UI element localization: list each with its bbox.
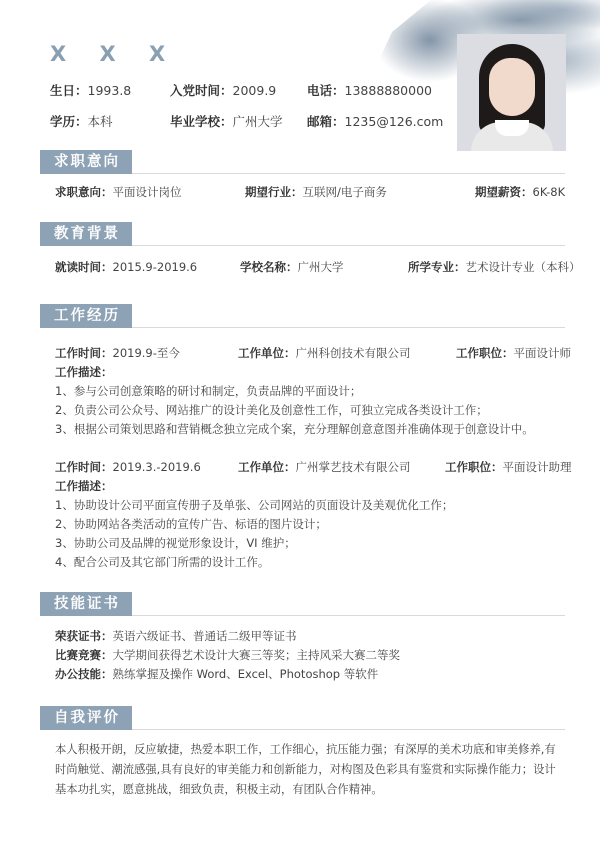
profile-photo: [457, 34, 566, 151]
skill-office: 办公技能：熟练掌握及操作 Word、Excel、Photoshop 等软件: [55, 666, 378, 682]
job2-desc-label: 工作描述：: [55, 478, 113, 494]
education-level-field: 学历：本科: [50, 112, 113, 130]
birthday-field: 生日：1993.8: [50, 81, 131, 99]
section-title: 自我评价: [40, 706, 132, 730]
job1-position: 工作职位：平面设计师: [456, 345, 571, 361]
party-join-field: 入党时间：2009.9: [170, 81, 276, 99]
section-title: 求职意向: [40, 150, 132, 174]
section-header-education: 教育背景: [40, 222, 565, 246]
intent-salary: 期望薪资：6K-8K: [475, 184, 565, 200]
email-field: 邮箱：1235@126.com: [307, 112, 443, 130]
skill-certificates: 荣获证书：英语六级证书、普通话二级甲等证书: [55, 628, 297, 644]
education-school: 学校名称：广州大学: [240, 259, 344, 275]
job2-desc-item: 1、协助设计公司平面宣传册子及单张、公司网站的页面设计及美观优化工作；: [55, 497, 453, 513]
section-header-self: 自我评价: [40, 706, 565, 730]
job2-desc-item: 4、配合公司及其它部门所需的设计工作。: [55, 554, 269, 570]
job2-desc-item: 2、协助网站各类活动的宣传广告、标语的图片设计；: [55, 516, 327, 532]
education-major: 所学专业：艺术设计专业（本科）: [408, 259, 581, 275]
job1-time: 工作时间：2019.9-至今: [55, 345, 180, 361]
job2-time: 工作时间：2019.3.-2019.6: [55, 459, 201, 475]
section-title: 教育背景: [40, 222, 132, 246]
candidate-name: X X X: [50, 42, 178, 66]
skill-competitions: 比赛竞赛：大学期间获得艺术设计大赛三等奖；主持风采大赛二等奖: [55, 647, 400, 663]
job2-position: 工作职位：平面设计助理: [445, 459, 572, 475]
graduate-school-field: 毕业学校：广州大学: [170, 112, 283, 130]
phone-field: 电话：13888880000: [307, 81, 432, 99]
section-header-intent: 求职意向: [40, 150, 565, 174]
job1-desc-item: 2、负责公司公众号、网站推广的设计美化及创意性工作，可独立完成各类设计工作；: [55, 402, 488, 418]
section-title: 工作经历: [40, 304, 132, 328]
education-period: 就读时间：2015.9-2019.6: [55, 259, 197, 275]
intent-position: 求职意向：平面设计岗位: [55, 184, 182, 200]
intent-industry: 期望行业：互联网/电子商务: [245, 184, 387, 200]
job2-desc-item: 3、协助公司及品牌的视觉形象设计，VI 维护；: [55, 535, 296, 551]
self-evaluation-text: 本人积极开朗，反应敏捷，热爱本职工作，工作细心，抗压能力强；有深厚的美术功底和审…: [55, 740, 565, 800]
job1-desc-item: 3、根据公司策划思路和营销概念独立完成个案，充分理解创意意图并准确体现于创意设计…: [55, 421, 534, 437]
job1-desc-item: 1、参与公司创意策略的研讨和制定，负责品牌的平面设计；: [55, 383, 361, 399]
section-title: 技能证书: [40, 592, 132, 616]
job1-desc-label: 工作描述：: [55, 364, 113, 380]
job1-company: 工作单位：广州科创技术有限公司: [238, 345, 411, 361]
section-header-work: 工作经历: [40, 304, 565, 328]
job2-company: 工作单位：广州掌艺技术有限公司: [238, 459, 411, 475]
section-header-skills: 技能证书: [40, 592, 565, 616]
